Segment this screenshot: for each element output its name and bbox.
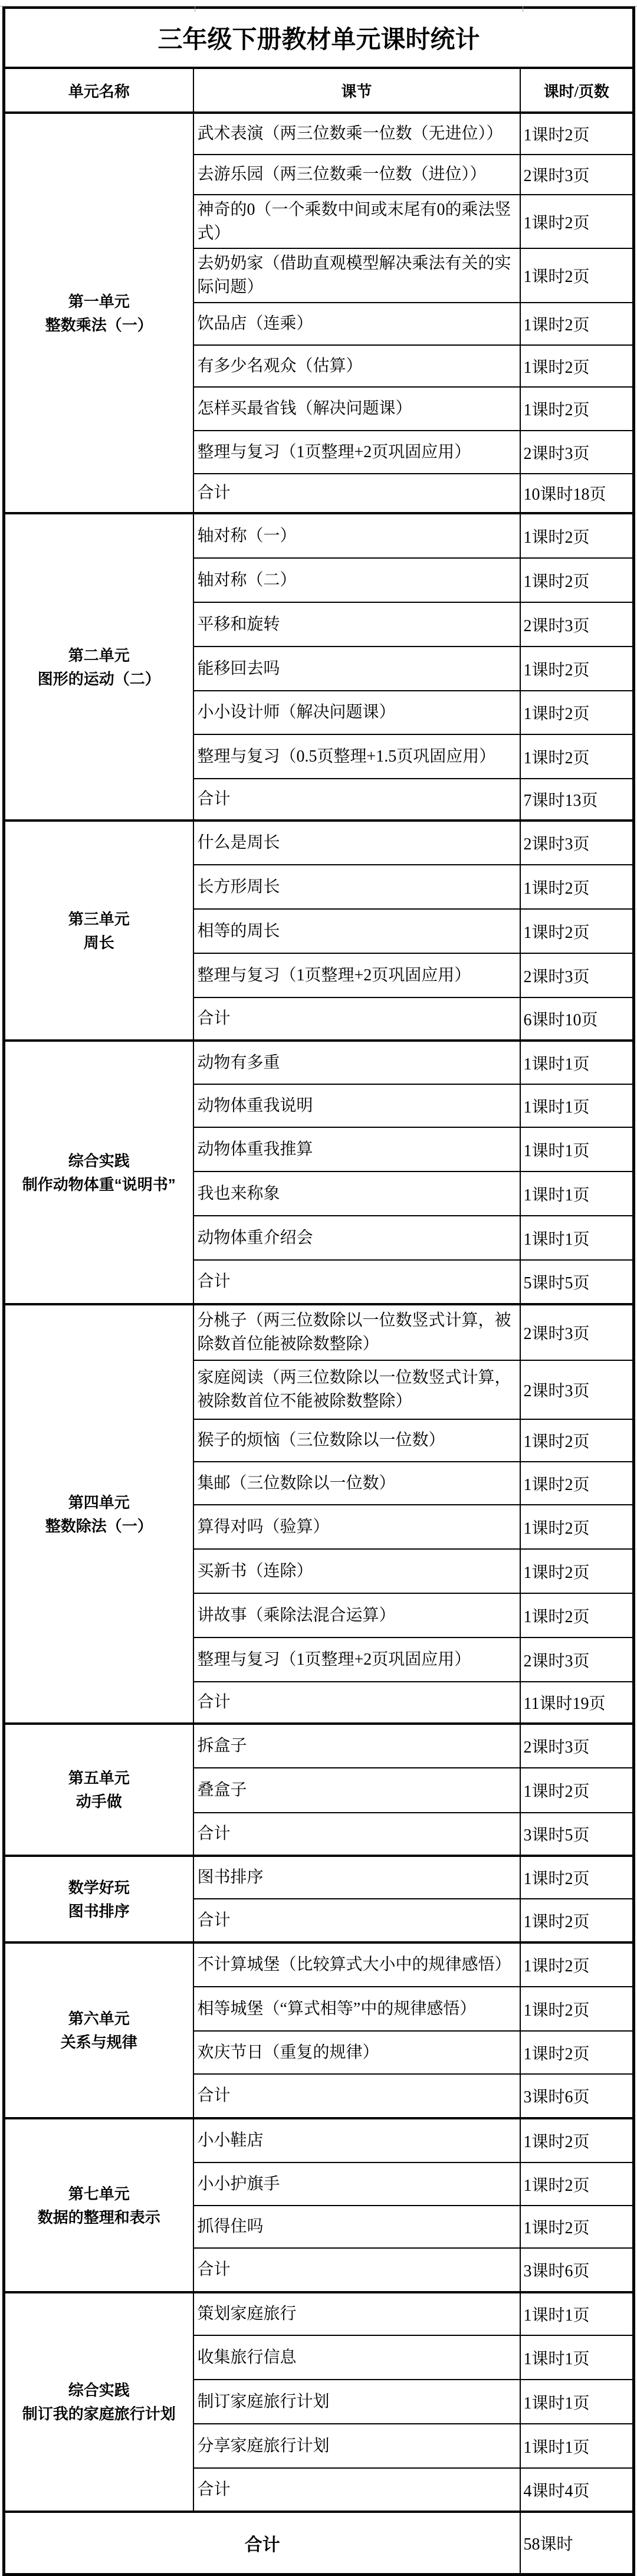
hours-pages-cell: 6课时10页 xyxy=(520,997,634,1041)
hours-pages-cell: 1课时2页 xyxy=(520,1505,634,1549)
spreadsheet-gridline-stub xyxy=(523,6,523,12)
hours-pages-cell: 1课时2页 xyxy=(520,2162,634,2206)
table-row: 第六单元 关系与规律不计算城堡（比较算式大小中的规律感悟）1课时2页 xyxy=(4,1942,634,1987)
hours-pages-cell: 1课时1页 xyxy=(520,1084,634,1127)
table-row: 综合实践 制作动物体重“说明书”动物有多重1课时1页 xyxy=(4,1041,634,1084)
lesson-cell: 整理与复习（1页整理+2页巩固应用） xyxy=(193,1638,520,1682)
hours-pages-cell: 1课时2页 xyxy=(520,387,634,431)
hours-pages-cell: 2课时3页 xyxy=(520,1724,634,1768)
hours-pages-cell: 2课时3页 xyxy=(520,1638,634,1682)
hours-pages-cell: 1课时2页 xyxy=(520,865,634,909)
unit-subtotal-cell: 合计 xyxy=(193,2248,520,2292)
lesson-cell: 动物体重我推算 xyxy=(193,1127,520,1171)
hours-pages-cell: 3课时5页 xyxy=(520,1813,634,1856)
lesson-cell: 整理与复习（1页整理+2页巩固应用） xyxy=(193,431,520,474)
hours-pages-cell: 2课时3页 xyxy=(520,1360,634,1419)
lesson-cell: 有多少名观众（估算） xyxy=(193,345,520,387)
table-row: 第五单元 动手做拆盒子2课时3页 xyxy=(4,1724,634,1768)
unit-subtotal-cell: 合计 xyxy=(193,1260,520,1304)
hours-pages-cell: 1课时1页 xyxy=(520,1127,634,1171)
hours-pages-cell: 1课时2页 xyxy=(520,1462,634,1505)
unit-name-cell: 综合实践 制作动物体重“说明书” xyxy=(4,1041,193,1304)
hours-pages-cell: 2课时3页 xyxy=(520,602,634,647)
hours-pages-cell: 1课时1页 xyxy=(520,2335,634,2380)
hours-pages-cell: 1课时2页 xyxy=(520,1942,634,1987)
lesson-cell: 小小鞋店 xyxy=(193,2118,520,2162)
lesson-cell: 讲故事（乘除法混合运算） xyxy=(193,1593,520,1638)
unit-subtotal-cell: 合计 xyxy=(193,1682,520,1724)
spreadsheet-gridline xyxy=(0,6,637,6)
hours-pages-cell: 1课时2页 xyxy=(520,734,634,779)
hours-pages-cell: 1课时2页 xyxy=(520,513,634,558)
lesson-cell: 武术表演（两三位数乘一位数（无进位）） xyxy=(193,113,520,155)
hours-pages-cell: 1课时1页 xyxy=(520,1216,634,1260)
hours-pages-cell: 3课时6页 xyxy=(520,2074,634,2118)
unit-subtotal-cell: 合计 xyxy=(193,474,520,513)
hours-pages-cell: 1课时2页 xyxy=(520,647,634,691)
column-header-hours-pages: 课时/页数 xyxy=(520,68,634,113)
hours-pages-cell: 1课时2页 xyxy=(520,1899,634,1942)
hours-pages-cell: 4课时4页 xyxy=(520,2468,634,2512)
hours-pages-cell: 2课时3页 xyxy=(520,1304,634,1360)
lesson-cell: 相等的周长 xyxy=(193,909,520,953)
hours-pages-cell: 1课时2页 xyxy=(520,1768,634,1813)
hours-pages-cell: 1课时2页 xyxy=(520,1987,634,2031)
table-row: 综合实践 制订我的家庭旅行计划策划家庭旅行1课时1页 xyxy=(4,2292,634,2335)
lesson-cell: 去奶奶家（借助直观模型解决乘法有关的实际问题） xyxy=(193,248,520,303)
hours-pages-cell: 2课时3页 xyxy=(520,821,634,865)
lesson-cell: 长方形周长 xyxy=(193,865,520,909)
column-header-unit-name: 单元名称 xyxy=(4,68,193,113)
lesson-cell: 动物体重介绍会 xyxy=(193,1216,520,1260)
lesson-cell: 策划家庭旅行 xyxy=(193,2292,520,2335)
lesson-cell: 拆盒子 xyxy=(193,1724,520,1768)
title-row: 三年级下册教材单元课时统计 xyxy=(4,8,634,68)
lesson-cell: 家庭阅读（两三位数除以一位数竖式计算，被除数首位不能被除数整除） xyxy=(193,1360,520,1419)
unit-subtotal-cell: 合计 xyxy=(193,2468,520,2512)
page-title: 三年级下册教材单元课时统计 xyxy=(4,8,634,68)
lesson-cell: 神奇的0（一个乘数中间或末尾有0的乘法竖式） xyxy=(193,195,520,248)
lesson-cell: 小小护旗手 xyxy=(193,2162,520,2206)
lesson-cell: 抓得住吗 xyxy=(193,2206,520,2248)
column-header-lesson: 课节 xyxy=(193,68,520,113)
hours-pages-cell: 2课时3页 xyxy=(520,155,634,195)
unit-subtotal-cell: 合计 xyxy=(193,779,520,821)
lesson-cell: 猴子的烦恼（三位数除以一位数） xyxy=(193,1419,520,1462)
lesson-cell: 制订家庭旅行计划 xyxy=(193,2380,520,2424)
unit-name-cell: 第二单元 图形的运动（二） xyxy=(4,513,193,821)
hours-pages-cell: 1课时2页 xyxy=(520,909,634,953)
lesson-cell: 动物体重我说明 xyxy=(193,1084,520,1127)
header-row: 单元名称 课节 课时/页数 xyxy=(4,68,634,113)
hours-pages-cell: 1课时2页 xyxy=(520,1856,634,1899)
lesson-cell: 动物有多重 xyxy=(193,1041,520,1084)
unit-name-cell: 第六单元 关系与规律 xyxy=(4,1942,193,2118)
lesson-cell: 买新书（连除） xyxy=(193,1549,520,1593)
unit-name-cell: 第七单元 数据的整理和表示 xyxy=(4,2118,193,2292)
table-row: 第二单元 图形的运动（二）轴对称（一）1课时2页 xyxy=(4,513,634,558)
hours-pages-cell: 1课时1页 xyxy=(520,2424,634,2468)
lesson-cell: 分享家庭旅行计划 xyxy=(193,2424,520,2468)
lesson-cell: 小小设计师（解决问题课） xyxy=(193,691,520,734)
hours-pages-cell: 1课时1页 xyxy=(520,2380,634,2424)
lesson-cell: 分桃子（两三位数除以一位数竖式计算，被除数首位能被除数整除） xyxy=(193,1304,520,1360)
hours-pages-cell: 3课时6页 xyxy=(520,2248,634,2292)
hours-pages-cell: 1课时2页 xyxy=(520,1593,634,1638)
unit-name-cell: 第三单元 周长 xyxy=(4,821,193,1041)
unit-subtotal-cell: 合计 xyxy=(193,2074,520,2118)
table-row: 数学好玩 图书排序图书排序1课时2页 xyxy=(4,1856,634,1899)
hours-pages-cell: 1课时1页 xyxy=(520,1041,634,1084)
page: { "page": { "title": "三年级下册教材单元课时统计" }, … xyxy=(0,6,637,2571)
table-row: 第四单元 整数除法（一）分桃子（两三位数除以一位数竖式计算，被除数首位能被除数整… xyxy=(4,1304,634,1360)
hours-pages-cell: 1课时2页 xyxy=(520,195,634,248)
hours-pages-cell: 1课时2页 xyxy=(520,345,634,387)
unit-name-cell: 第一单元 整数乘法（一） xyxy=(4,113,193,513)
lesson-cell: 欢庆节日（重复的规律） xyxy=(193,2031,520,2074)
table-row: 第七单元 数据的整理和表示小小鞋店1课时2页 xyxy=(4,2118,634,2162)
lesson-cell: 整理与复习（1页整理+2页巩固应用） xyxy=(193,953,520,997)
hours-pages-cell: 2课时3页 xyxy=(520,953,634,997)
spreadsheet-gridline-stub xyxy=(195,6,195,12)
lesson-cell: 平移和旋转 xyxy=(193,602,520,647)
hours-pages-cell: 11课时19页 xyxy=(520,1682,634,1724)
lesson-cell: 去游乐园（两三位数乘一位数（进位）） xyxy=(193,155,520,195)
lesson-cell: 怎样买最省钱（解决问题课） xyxy=(193,387,520,431)
lesson-cell: 相等城堡（“算式相等”中的规律感悟） xyxy=(193,1987,520,2031)
lesson-cell: 什么是周长 xyxy=(193,821,520,865)
lesson-cell: 叠盒子 xyxy=(193,1768,520,1813)
lesson-cell: 收集旅行信息 xyxy=(193,2335,520,2380)
lesson-cell: 集邮（三位数除以一位数） xyxy=(193,1462,520,1505)
lesson-hours-table: 三年级下册教材单元课时统计 单元名称 课节 课时/页数 第一单元 整数乘法（一）… xyxy=(2,6,635,2576)
hours-pages-cell: 1课时2页 xyxy=(520,558,634,602)
hours-pages-cell: 1课时2页 xyxy=(520,2206,634,2248)
hours-pages-cell: 10课时18页 xyxy=(520,474,634,513)
lesson-cell: 整理与复习（0.5页整理+1.5页巩固应用） xyxy=(193,734,520,779)
lesson-cell: 能移回去吗 xyxy=(193,647,520,691)
hours-pages-cell: 1课时1页 xyxy=(520,1171,634,1216)
unit-name-cell: 数学好玩 图书排序 xyxy=(4,1856,193,1942)
hours-pages-cell: 1课时2页 xyxy=(520,691,634,734)
lesson-cell: 轴对称（一） xyxy=(193,513,520,558)
hours-pages-cell: 2课时3页 xyxy=(520,431,634,474)
lesson-cell: 算得对吗（验算） xyxy=(193,1505,520,1549)
lesson-cell: 轴对称（二） xyxy=(193,558,520,602)
hours-pages-cell: 1课时2页 xyxy=(520,1419,634,1462)
hours-pages-cell: 7课时13页 xyxy=(520,779,634,821)
unit-subtotal-cell: 合计 xyxy=(193,997,520,1041)
unit-name-cell: 第五单元 动手做 xyxy=(4,1724,193,1856)
hours-pages-cell: 1课时2页 xyxy=(520,303,634,345)
unit-subtotal-cell: 合计 xyxy=(193,1899,520,1942)
hours-pages-cell: 5课时5页 xyxy=(520,1260,634,1304)
hours-pages-cell: 1课时2页 xyxy=(520,2031,634,2074)
unit-name-cell: 第四单元 整数除法（一） xyxy=(4,1304,193,1724)
table-row: 第三单元 周长什么是周长2课时3页 xyxy=(4,821,634,865)
lesson-cell: 不计算城堡（比较算式大小中的规律感悟） xyxy=(193,1942,520,1987)
table-row: 第一单元 整数乘法（一）武术表演（两三位数乘一位数（无进位））1课时2页 xyxy=(4,113,634,155)
lesson-cell: 我也来称象 xyxy=(193,1171,520,1216)
lesson-cell: 图书排序 xyxy=(193,1856,520,1899)
hours-pages-cell: 1课时2页 xyxy=(520,113,634,155)
hours-pages-cell: 1课时2页 xyxy=(520,1549,634,1593)
unit-subtotal-cell: 合计 xyxy=(193,1813,520,1856)
hours-pages-cell: 1课时1页 xyxy=(520,2292,634,2335)
unit-name-cell: 综合实践 制订我的家庭旅行计划 xyxy=(4,2292,193,2512)
lesson-cell: 饮品店（连乘） xyxy=(193,303,520,345)
hours-pages-cell: 1课时2页 xyxy=(520,248,634,303)
hours-pages-cell: 1课时2页 xyxy=(520,2118,634,2162)
